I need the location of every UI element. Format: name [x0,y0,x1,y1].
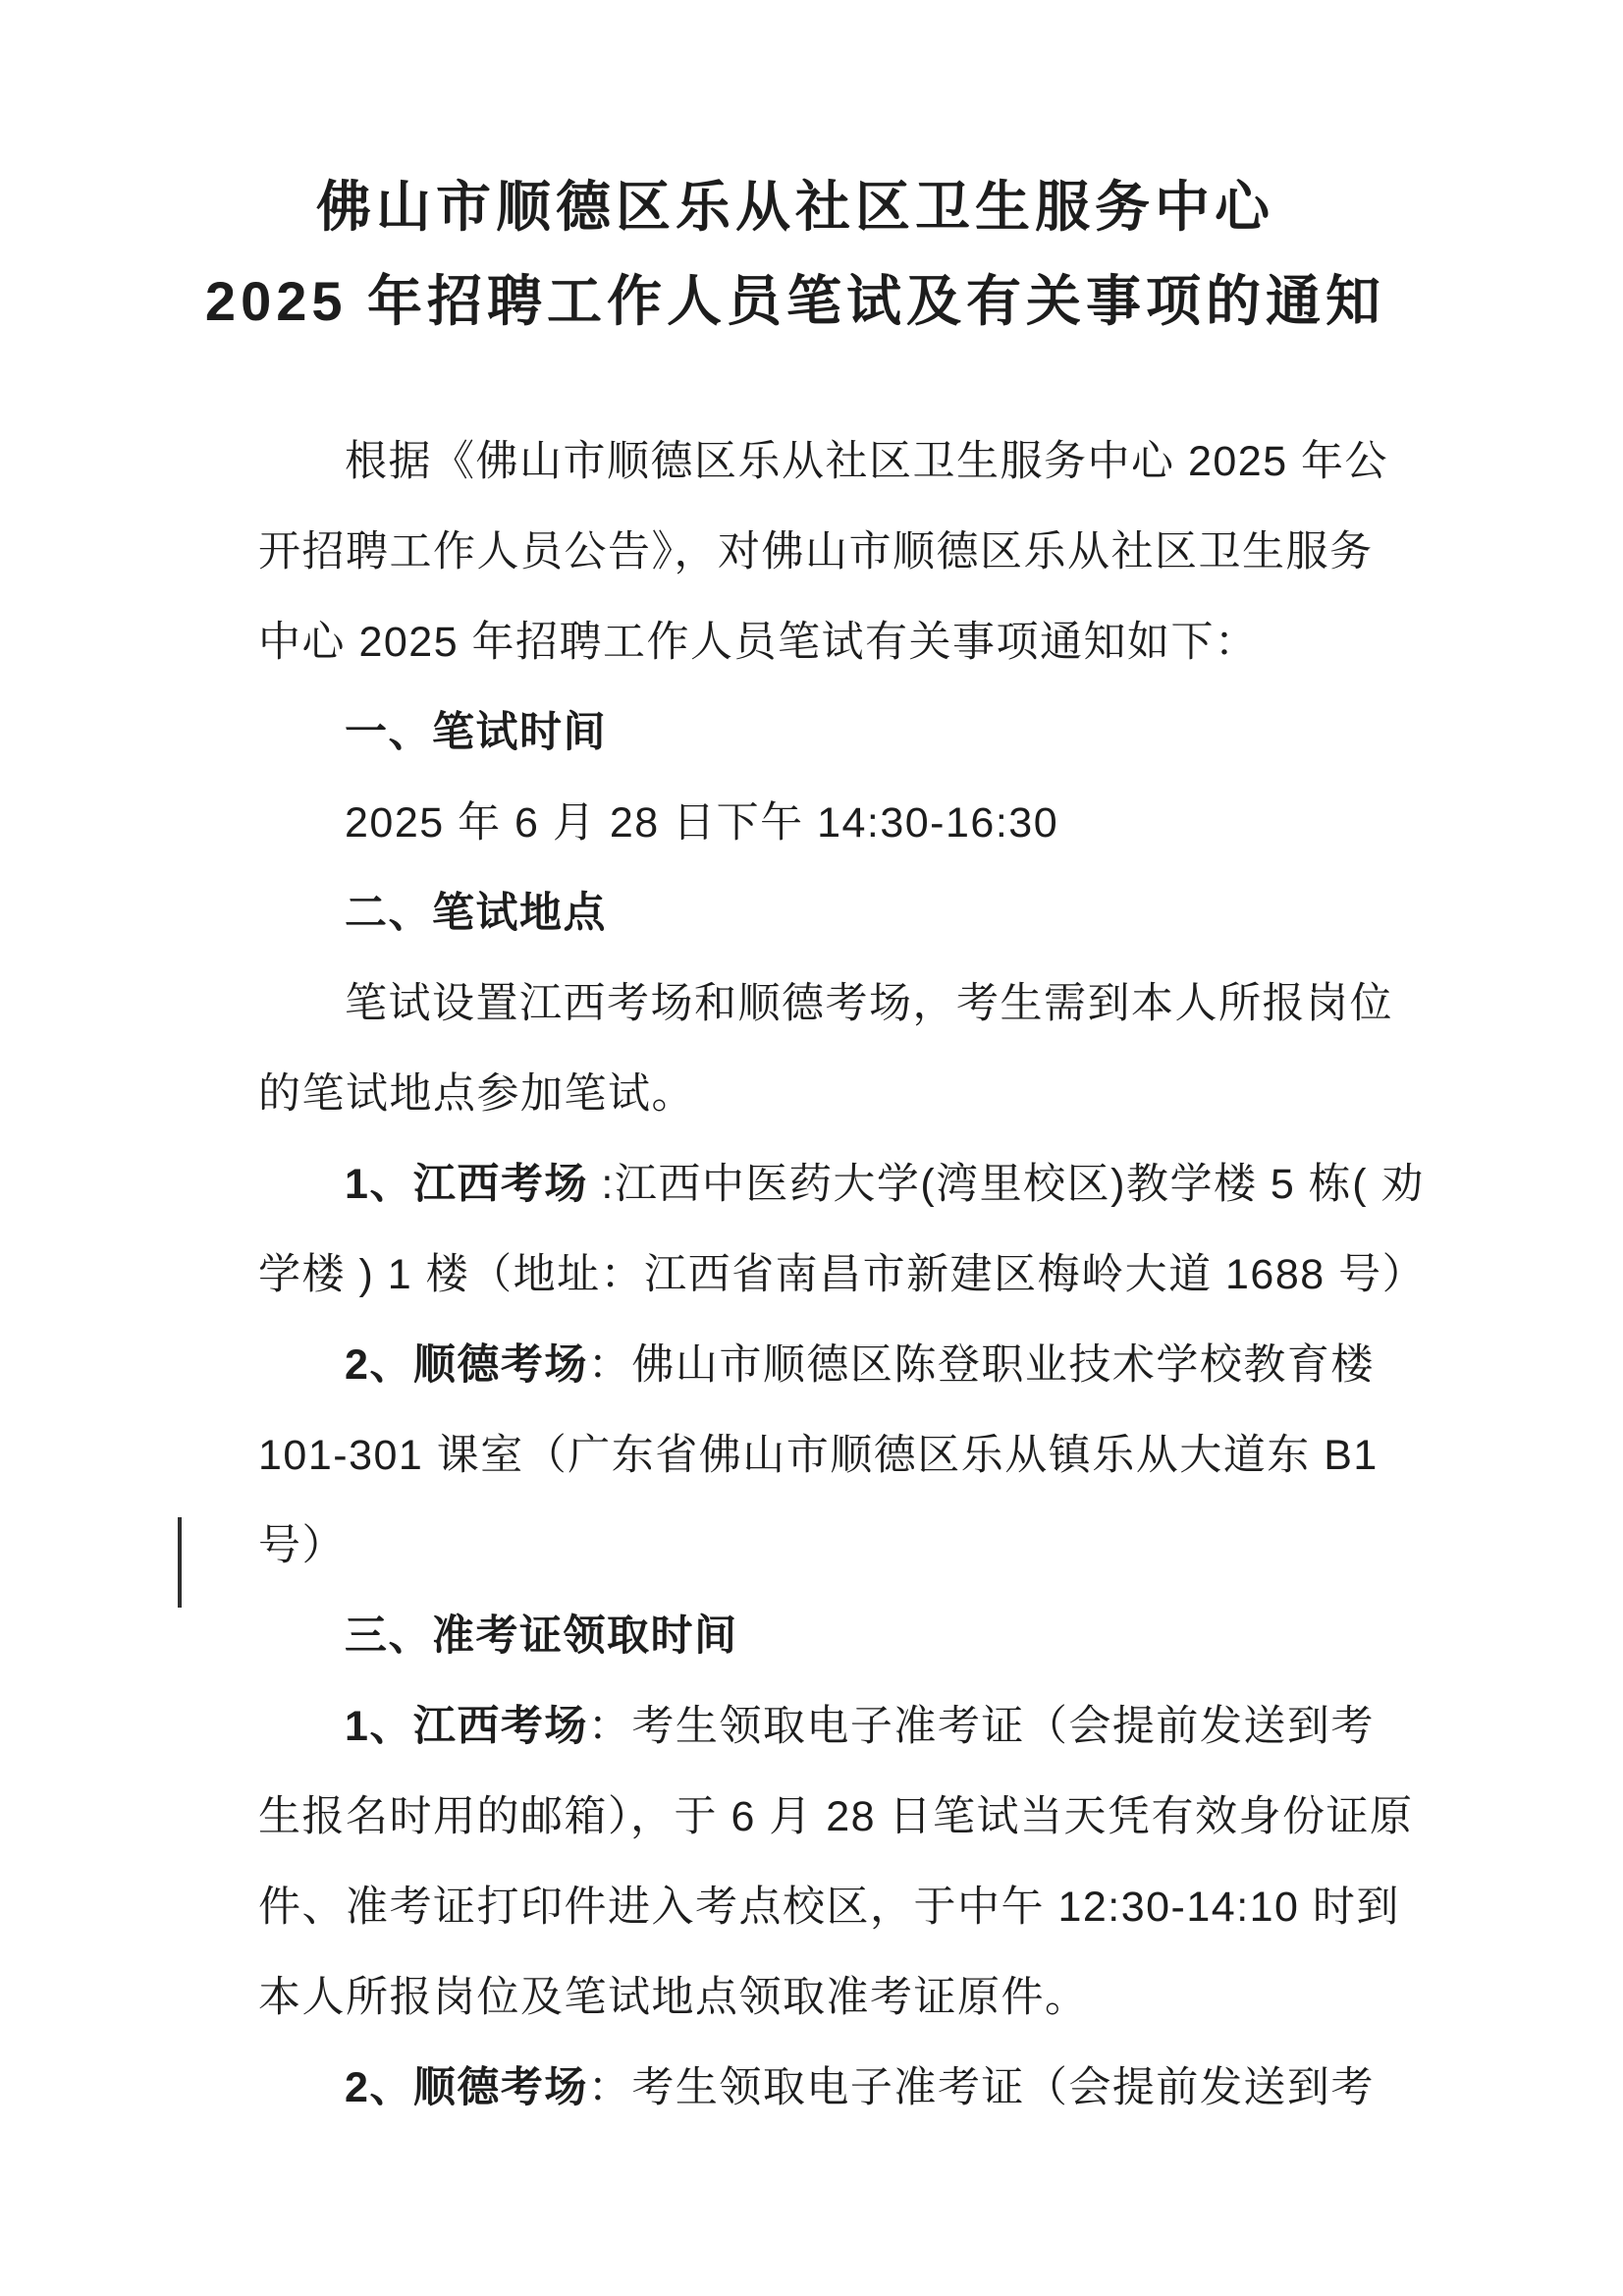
intro-line: 开招聘工作人员公告》，对佛山市顺德区乐从社区卫生服务 [258,507,1389,597]
line-text: 本人所报岗位及笔试地点领取准考证原件。 [258,1974,1089,2021]
exam-time-line: 2025 年 6 月 28 日下午 14:30-16:30 [258,778,1389,868]
line-text: 中心 2025 年招聘工作人员笔试有关事项通知如下： [258,619,1259,666]
jiangxi-ticket-line: 生报名时用的邮箱），于 6 月 28 日笔试当天凭有效身份证原 [258,1772,1389,1862]
heading-text: 一、笔试时间 [345,709,607,756]
line-text: 号） [258,1522,346,1569]
line-text: 件、准考证打印件进入考点校区，于中午 12:30-14:10 时到 [258,1884,1400,1931]
section-heading-exam-venue: 二、笔试地点 [258,868,1389,958]
shunde-ticket-label: 2、顺德考场 [345,2064,588,2111]
title-line-2: 2025 年招聘工作人员笔试及有关事项的通知 [196,254,1394,349]
line-text: 的笔试地点参加笔试。 [258,1070,695,1118]
heading-text: 二、笔试地点 [345,890,607,937]
line-text: :江西中医药大学(湾里校区)教学楼 5 栋( 劝 [588,1161,1425,1208]
heading-text: 三、准考证领取时间 [345,1613,738,1660]
line-text: 101-301 课室（广东省佛山市顺德区乐从镇乐从大道东 B1 [258,1432,1379,1479]
shunde-venue-label: 2、顺德考场 [345,1341,588,1389]
line-text: 开招聘工作人员公告》，对佛山市顺德区乐从社区卫生服务 [258,528,1374,575]
line-text: 根据《佛山市顺德区乐从社区卫生服务中心 2025 年公 [345,438,1388,485]
shunde-ticket-line: 2、顺德考场：考生领取电子准考证（会提前发送到考 [258,2043,1389,2133]
jiangxi-venue-label: 1、江西考场 [345,1161,588,1208]
document-title: 佛山市顺德区乐从社区卫生服务中心 2025 年招聘工作人员笔试及有关事项的通知 [196,160,1394,349]
document-page: 佛山市顺德区乐从社区卫生服务中心 2025 年招聘工作人员笔试及有关事项的通知 … [0,0,1623,2296]
title-line-1: 佛山市顺德区乐从社区卫生服务中心 [196,160,1394,254]
line-text: ：佛山市顺德区陈登职业技术学校教育楼 [588,1341,1375,1389]
jiangxi-venue-line: 学楼 ) 1 楼（地址：江西省南昌市新建区梅岭大道 1688 号） [258,1230,1389,1320]
shunde-venue-line: 2、顺德考场：佛山市顺德区陈登职业技术学校教育楼 [258,1320,1389,1410]
line-text: 生报名时用的邮箱），于 6 月 28 日笔试当天凭有效身份证原 [258,1793,1414,1840]
intro-line: 根据《佛山市顺德区乐从社区卫生服务中心 2025 年公 [258,416,1389,507]
line-text: ：考生领取电子准考证（会提前发送到考 [588,2064,1375,2111]
document-body: 根据《佛山市顺德区乐从社区卫生服务中心 2025 年公 开招聘工作人员公告》，对… [258,416,1389,2133]
line-text: 2025 年 6 月 28 日下午 14:30-16:30 [345,799,1058,847]
line-text: 学楼 ) 1 楼（地址：江西省南昌市新建区梅岭大道 1688 号） [258,1251,1426,1298]
jiangxi-ticket-line: 件、准考证打印件进入考点校区，于中午 12:30-14:10 时到 [258,1862,1389,1952]
intro-line: 中心 2025 年招聘工作人员笔试有关事项通知如下： [258,597,1389,687]
jiangxi-ticket-label: 1、江西考场 [345,1703,588,1750]
jiangxi-ticket-line: 1、江西考场：考生领取电子准考证（会提前发送到考 [258,1681,1389,1772]
section-heading-ticket-pickup: 三、准考证领取时间 [258,1591,1389,1681]
venue-intro-line: 笔试设置江西考场和顺德考场，考生需到本人所报岗位 [258,958,1389,1049]
venue-intro-line: 的笔试地点参加笔试。 [258,1049,1389,1139]
line-text: ：考生领取电子准考证（会提前发送到考 [588,1703,1375,1750]
line-text: 笔试设置江西考场和顺德考场，考生需到本人所报岗位 [345,980,1393,1027]
shunde-venue-line: 号） [258,1501,1389,1591]
jiangxi-venue-line: 1、江西考场 :江西中医药大学(湾里校区)教学楼 5 栋( 劝 [258,1139,1389,1230]
section-heading-exam-time: 一、笔试时间 [258,687,1389,778]
jiangxi-ticket-line: 本人所报岗位及笔试地点领取准考证原件。 [258,1952,1389,2043]
shunde-venue-line: 101-301 课室（广东省佛山市顺德区乐从镇乐从大道东 B1 [258,1410,1389,1501]
scan-artifact-line [178,1517,182,1608]
